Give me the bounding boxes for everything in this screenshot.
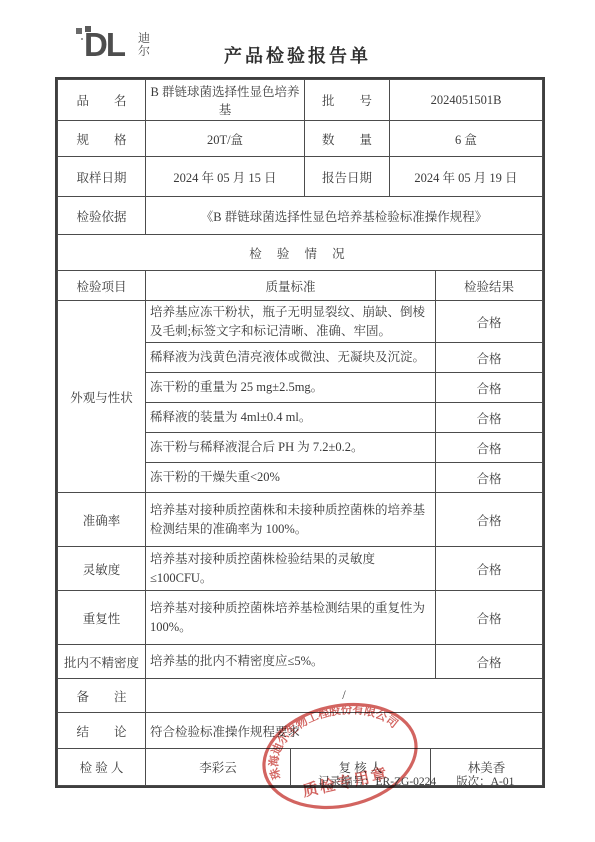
result-cell: 合格 — [436, 343, 543, 373]
quality-seal-stamp: 珠海迪尔生物工程股份有限公司 质检专用章 — [254, 695, 426, 817]
item-accuracy-label: 准确率 — [58, 493, 146, 547]
result-cell: 合格 — [436, 301, 543, 343]
spec-value: 20T/盒 — [146, 121, 305, 157]
report-date-label: 报告日期 — [305, 157, 390, 197]
result-cell: 合格 — [436, 591, 543, 645]
info-table: 品 名 B 群链球菌选择性显色培养基 批 号 2024051501B 规 格 2… — [57, 79, 543, 271]
standard-cell: 冻干粉与稀释液混合后 PH 为 7.2±0.2。 — [146, 433, 436, 463]
report-table: 品 名 B 群链球菌选择性显色培养基 批 号 2024051501B 规 格 2… — [55, 77, 545, 788]
item-repeatability-label: 重复性 — [58, 591, 146, 645]
result-cell: 合格 — [436, 403, 543, 433]
result-cell: 合格 — [436, 645, 543, 679]
product-name-value: B 群链球菌选择性显色培养基 — [146, 80, 305, 121]
document-footer: 记录编号：ER-ZG-0224版次：A-01 — [318, 773, 534, 789]
remark-label: 备 注 — [58, 679, 146, 713]
item-sensitivity-label: 灵敏度 — [58, 547, 146, 591]
result-cell: 合格 — [436, 373, 543, 403]
standard-cell: 培养基对接种质控菌株检验结果的灵敏度≤100CFU。 — [146, 547, 436, 591]
table-row: 检验依据 《B 群链球菌选择性显色培养基检验标准操作规程》 — [58, 197, 543, 235]
table-row: 灵敏度 培养基对接种质控菌株检验结果的灵敏度≤100CFU。 合格 — [58, 547, 543, 591]
standard-cell: 培养基对接种质控菌株培养基检测结果的重复性为 100%。 — [146, 591, 436, 645]
quantity-value: 6 盒 — [390, 121, 543, 157]
item-appearance-label: 外观与性状 — [58, 301, 146, 493]
record-number: 记录编号：ER-ZG-0224 — [318, 776, 436, 788]
logo-pixels-icon — [76, 28, 82, 34]
table-row: 规 格 20T/盒 数 量 6 盒 — [58, 121, 543, 157]
table-row: 外观与性状 培养基应冻干粉状，瓶子无明显裂纹、崩缺、倒棱及毛刺;标签文字和标记清… — [58, 301, 543, 343]
standard-cell: 冻干粉的干燥失重<20% — [146, 463, 436, 493]
product-name-label: 品 名 — [58, 80, 146, 121]
conclusion-label: 结 论 — [58, 713, 146, 749]
report-date-value: 2024 年 05 月 19 日 — [390, 157, 543, 197]
inspector-label: 检 验 人 — [58, 749, 146, 786]
item-imprecision-label: 批内不精密度 — [58, 645, 146, 679]
result-cell: 合格 — [436, 547, 543, 591]
inspection-section-title: 检 验 情 况 — [58, 235, 543, 271]
standard-cell: 培养基应冻干粉状，瓶子无明显裂纹、崩缺、倒棱及毛刺;标签文字和标记清晰、准确、牢… — [146, 301, 436, 343]
result-cell: 合格 — [436, 463, 543, 493]
basis-value: 《B 群链球菌选择性显色培养基检验标准操作规程》 — [146, 197, 543, 235]
batch-no-label: 批 号 — [305, 80, 390, 121]
basis-label: 检验依据 — [58, 197, 146, 235]
result-cell: 合格 — [436, 493, 543, 547]
table-row: 品 名 B 群链球菌选择性显色培养基 批 号 2024051501B — [58, 80, 543, 121]
spec-label: 规 格 — [58, 121, 146, 157]
result-cell: 合格 — [436, 433, 543, 463]
table-row: 检 验 情 况 — [58, 235, 543, 271]
quantity-label: 数 量 — [305, 121, 390, 157]
batch-no-value: 2024051501B — [390, 80, 543, 121]
standard-cell: 冻干粉的重量为 25 mg±2.5mg。 — [146, 373, 436, 403]
page-title: 产品检验报告单 — [0, 42, 595, 68]
table-header-row: 检验项目 质量标准 检验结果 — [58, 271, 543, 301]
standard-cell: 稀释液为浅黄色清亮液体或微浊、无凝块及沉淀。 — [146, 343, 436, 373]
table-row: 取样日期 2024 年 05 月 15 日 报告日期 2024 年 05 月 1… — [58, 157, 543, 197]
table-row: 重复性 培养基对接种质控菌株培养基检测结果的重复性为 100%。 合格 — [58, 591, 543, 645]
col-header-item: 检验项目 — [58, 271, 146, 301]
version-number: 版次：A-01 — [456, 776, 514, 788]
sampling-date-value: 2024 年 05 月 15 日 — [146, 157, 305, 197]
sampling-date-label: 取样日期 — [58, 157, 146, 197]
standard-cell: 培养基的批内不精密度应≤5%。 — [146, 645, 436, 679]
inspection-table: 检验项目 质量标准 检验结果 外观与性状 培养基应冻干粉状，瓶子无明显裂纹、崩缺… — [57, 270, 543, 749]
table-row: 批内不精密度 培养基的批内不精密度应≤5%。 合格 — [58, 645, 543, 679]
col-header-result: 检验结果 — [436, 271, 543, 301]
standard-cell: 培养基对接种质控菌株和未接种质控菌株的培养基检测结果的准确率为 100%。 — [146, 493, 436, 547]
col-header-standard: 质量标准 — [146, 271, 436, 301]
standard-cell: 稀释液的装量为 4ml±0.4 ml。 — [146, 403, 436, 433]
table-row: 准确率 培养基对接种质控菌株和未接种质控菌株的培养基检测结果的准确率为 100%… — [58, 493, 543, 547]
